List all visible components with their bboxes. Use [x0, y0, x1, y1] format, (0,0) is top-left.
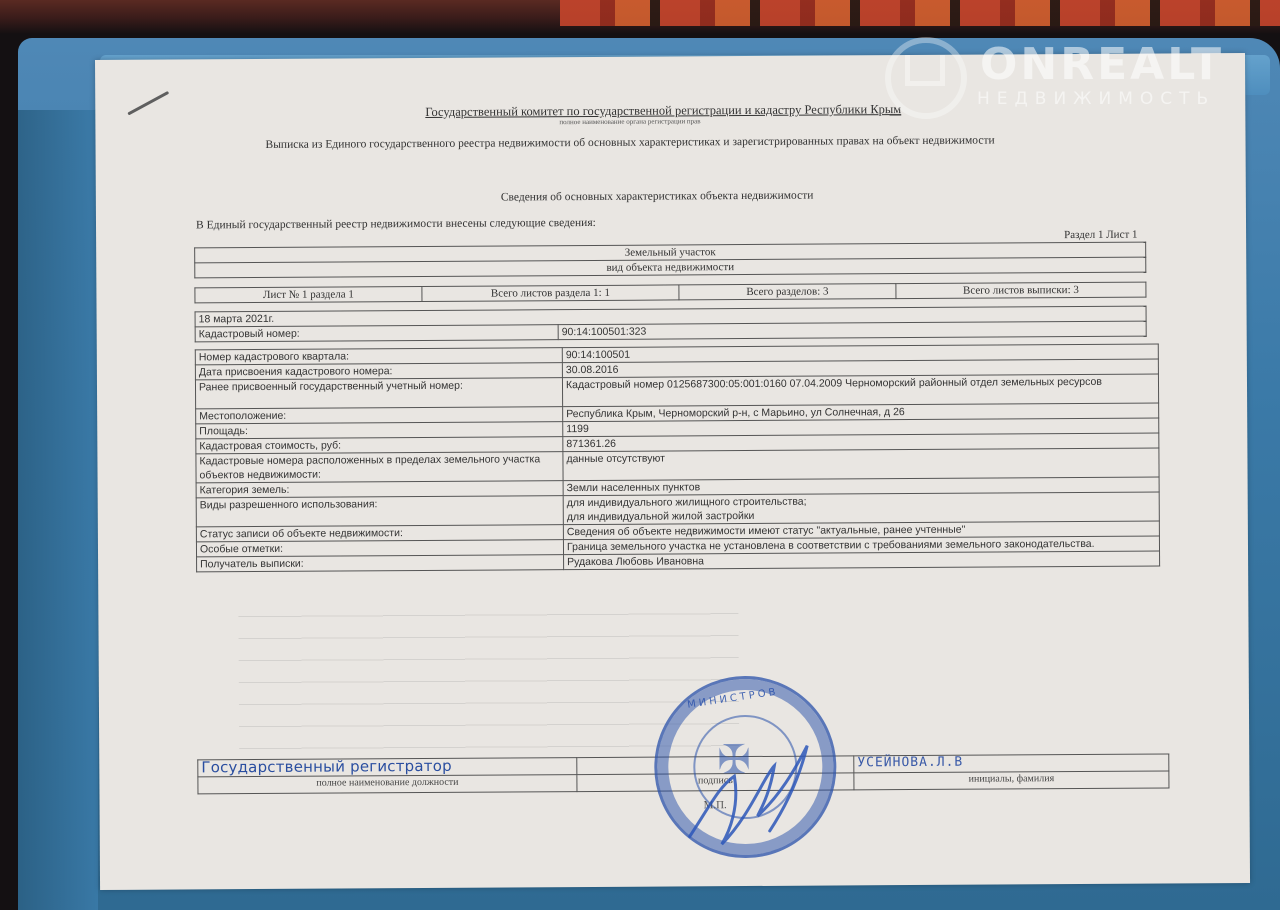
organization-caption: полное наименование органа регистрации п… — [559, 117, 700, 126]
date-cadastral-table: 18 марта 2021г. Кадастровый номер: 90:14… — [195, 306, 1147, 343]
sections-total: Всего разделов: 3 — [679, 284, 896, 300]
section-intro: В Единый государственный реестр недвижим… — [196, 217, 596, 231]
name-caption: инициалы, фамилия — [854, 771, 1169, 790]
sheet-number: Лист № 1 раздела 1 — [195, 287, 422, 303]
cadastral-number-label: Кадастровый номер: — [195, 325, 558, 342]
background-carpet — [560, 0, 1280, 26]
sheets-in-section: Всего листов раздела 1: 1 — [422, 285, 679, 302]
position-caption: полное наименование должности — [198, 775, 577, 794]
object-type-table: Земельный участок вид объекта недвижимос… — [194, 242, 1146, 279]
cadastral-number-value: 90:14:100501:323 — [558, 321, 1146, 340]
pencil-mark — [127, 91, 169, 115]
sheets-table: Лист № 1 раздела 1 Всего листов раздела … — [194, 282, 1146, 304]
characteristics-table: Номер кадастрового квартала:90:14:100501… — [195, 344, 1160, 573]
folder-edge — [18, 110, 98, 910]
registrar-name: УСЕЙНОВА.Л.В — [854, 754, 1169, 773]
section-title: Сведения об основных характеристиках объ… — [501, 190, 814, 204]
section-sheet-mark: Раздел 1 Лист 1 — [1064, 229, 1137, 241]
handwritten-signature-icon — [679, 716, 820, 857]
seal-ring-text: МИНИСТРОВ — [687, 686, 780, 710]
document-title: Выписка из Единого государственного реес… — [265, 135, 994, 151]
sheets-total: Всего листов выписки: 3 — [896, 282, 1146, 299]
document-sheet: Государственный комитет по государственн… — [95, 53, 1250, 890]
